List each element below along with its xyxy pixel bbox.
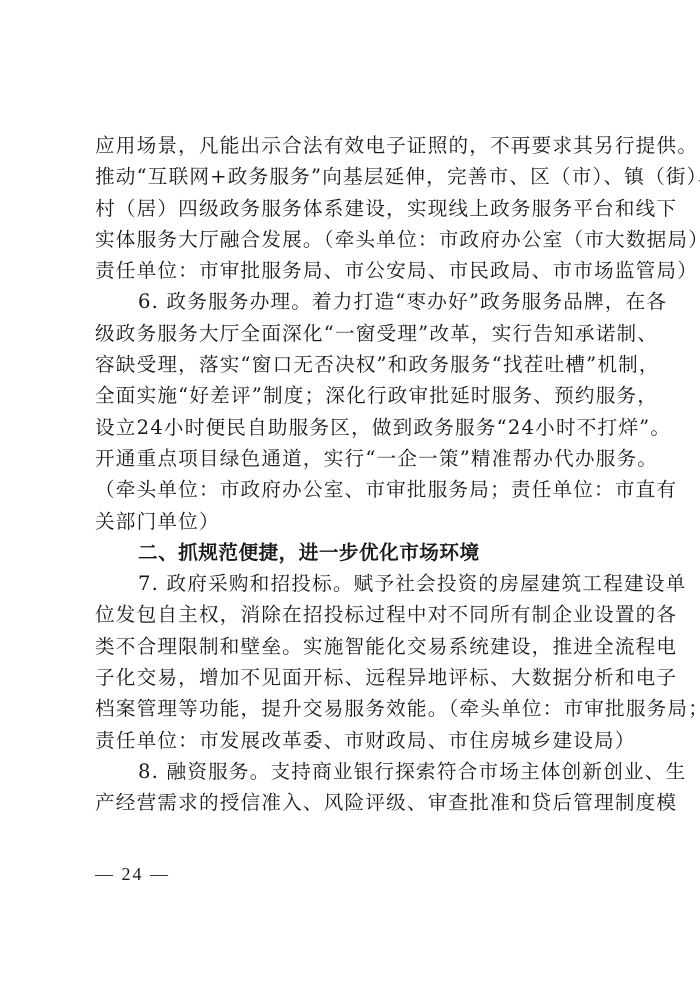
section-heading: 二、抓规范便捷，进一步优化市场环境 — [95, 537, 615, 568]
item-8-title-line: 8. 融资服务。支持商业银行探索符合市场主体创新创业、生 — [95, 756, 615, 787]
text-line: 应用场景，凡能出示合法有效电子证照的，不再要求其另行提供。 — [95, 130, 615, 161]
page-number: — 24 — — [95, 864, 170, 885]
document-body: 应用场景，凡能出示合法有效电子证照的，不再要求其另行提供。 推动“互联网+政务服… — [95, 130, 615, 819]
text-line: 容缺受理，落实“窗口无否决权”和政务服务“找茬吐槽”机制， — [95, 349, 615, 380]
text-line: 全面实施“好差评”制度；深化行政审批延时服务、预约服务， — [95, 380, 615, 411]
text-line: 类不合理限制和壁垒。实施智能化交易系统建设，推进全流程电 — [95, 631, 615, 662]
text-line: 子化交易，增加不见面开标、远程异地评标、大数据分析和电子 — [95, 662, 615, 693]
text-line: 实体服务大厅融合发展。（牵头单位：市政府办公室（市大数据局）； — [95, 224, 615, 255]
item-7-title-line: 7. 政府采购和招投标。赋予社会投资的房屋建筑工程建设单 — [95, 568, 615, 599]
text-line: 级政务服务大厅全面深化“一窗受理”改革，实行告知承诺制、 — [95, 318, 615, 349]
text-line: 档案管理等功能，提升交易服务效能。（牵头单位：市审批服务局； — [95, 693, 615, 724]
text-line: 开通重点项目绿色通道，实行“一企一策”精准帮办代办服务。 — [95, 443, 615, 474]
text-line: 责任单位：市审批服务局、市公安局、市民政局、市市场监管局） — [95, 255, 615, 286]
text-line: 位发包自主权，消除在招投标过程中对不同所有制企业设置的各 — [95, 599, 615, 630]
item-6-title-line: 6. 政务服务办理。着力打造“枣办好”政务服务品牌，在各 — [95, 286, 615, 317]
text-line: 设立24小时便民自助服务区，做到政务服务“24小时不打烊”。 — [95, 412, 615, 443]
text-line: 产经营需求的授信准入、风险评级、审查批准和贷后管理制度模 — [95, 787, 615, 818]
text-line: 关部门单位） — [95, 506, 615, 537]
text-line: 推动“互联网+政务服务”向基层延伸，完善市、区（市）、镇（街）、 — [95, 161, 615, 192]
text-line: （牵头单位：市政府办公室、市审批服务局；责任单位：市直有 — [95, 474, 615, 505]
text-line: 责任单位：市发展改革委、市财政局、市住房城乡建设局） — [95, 725, 615, 756]
text-line: 村（居）四级政务服务体系建设，实现线上政务服务平台和线下 — [95, 193, 615, 224]
